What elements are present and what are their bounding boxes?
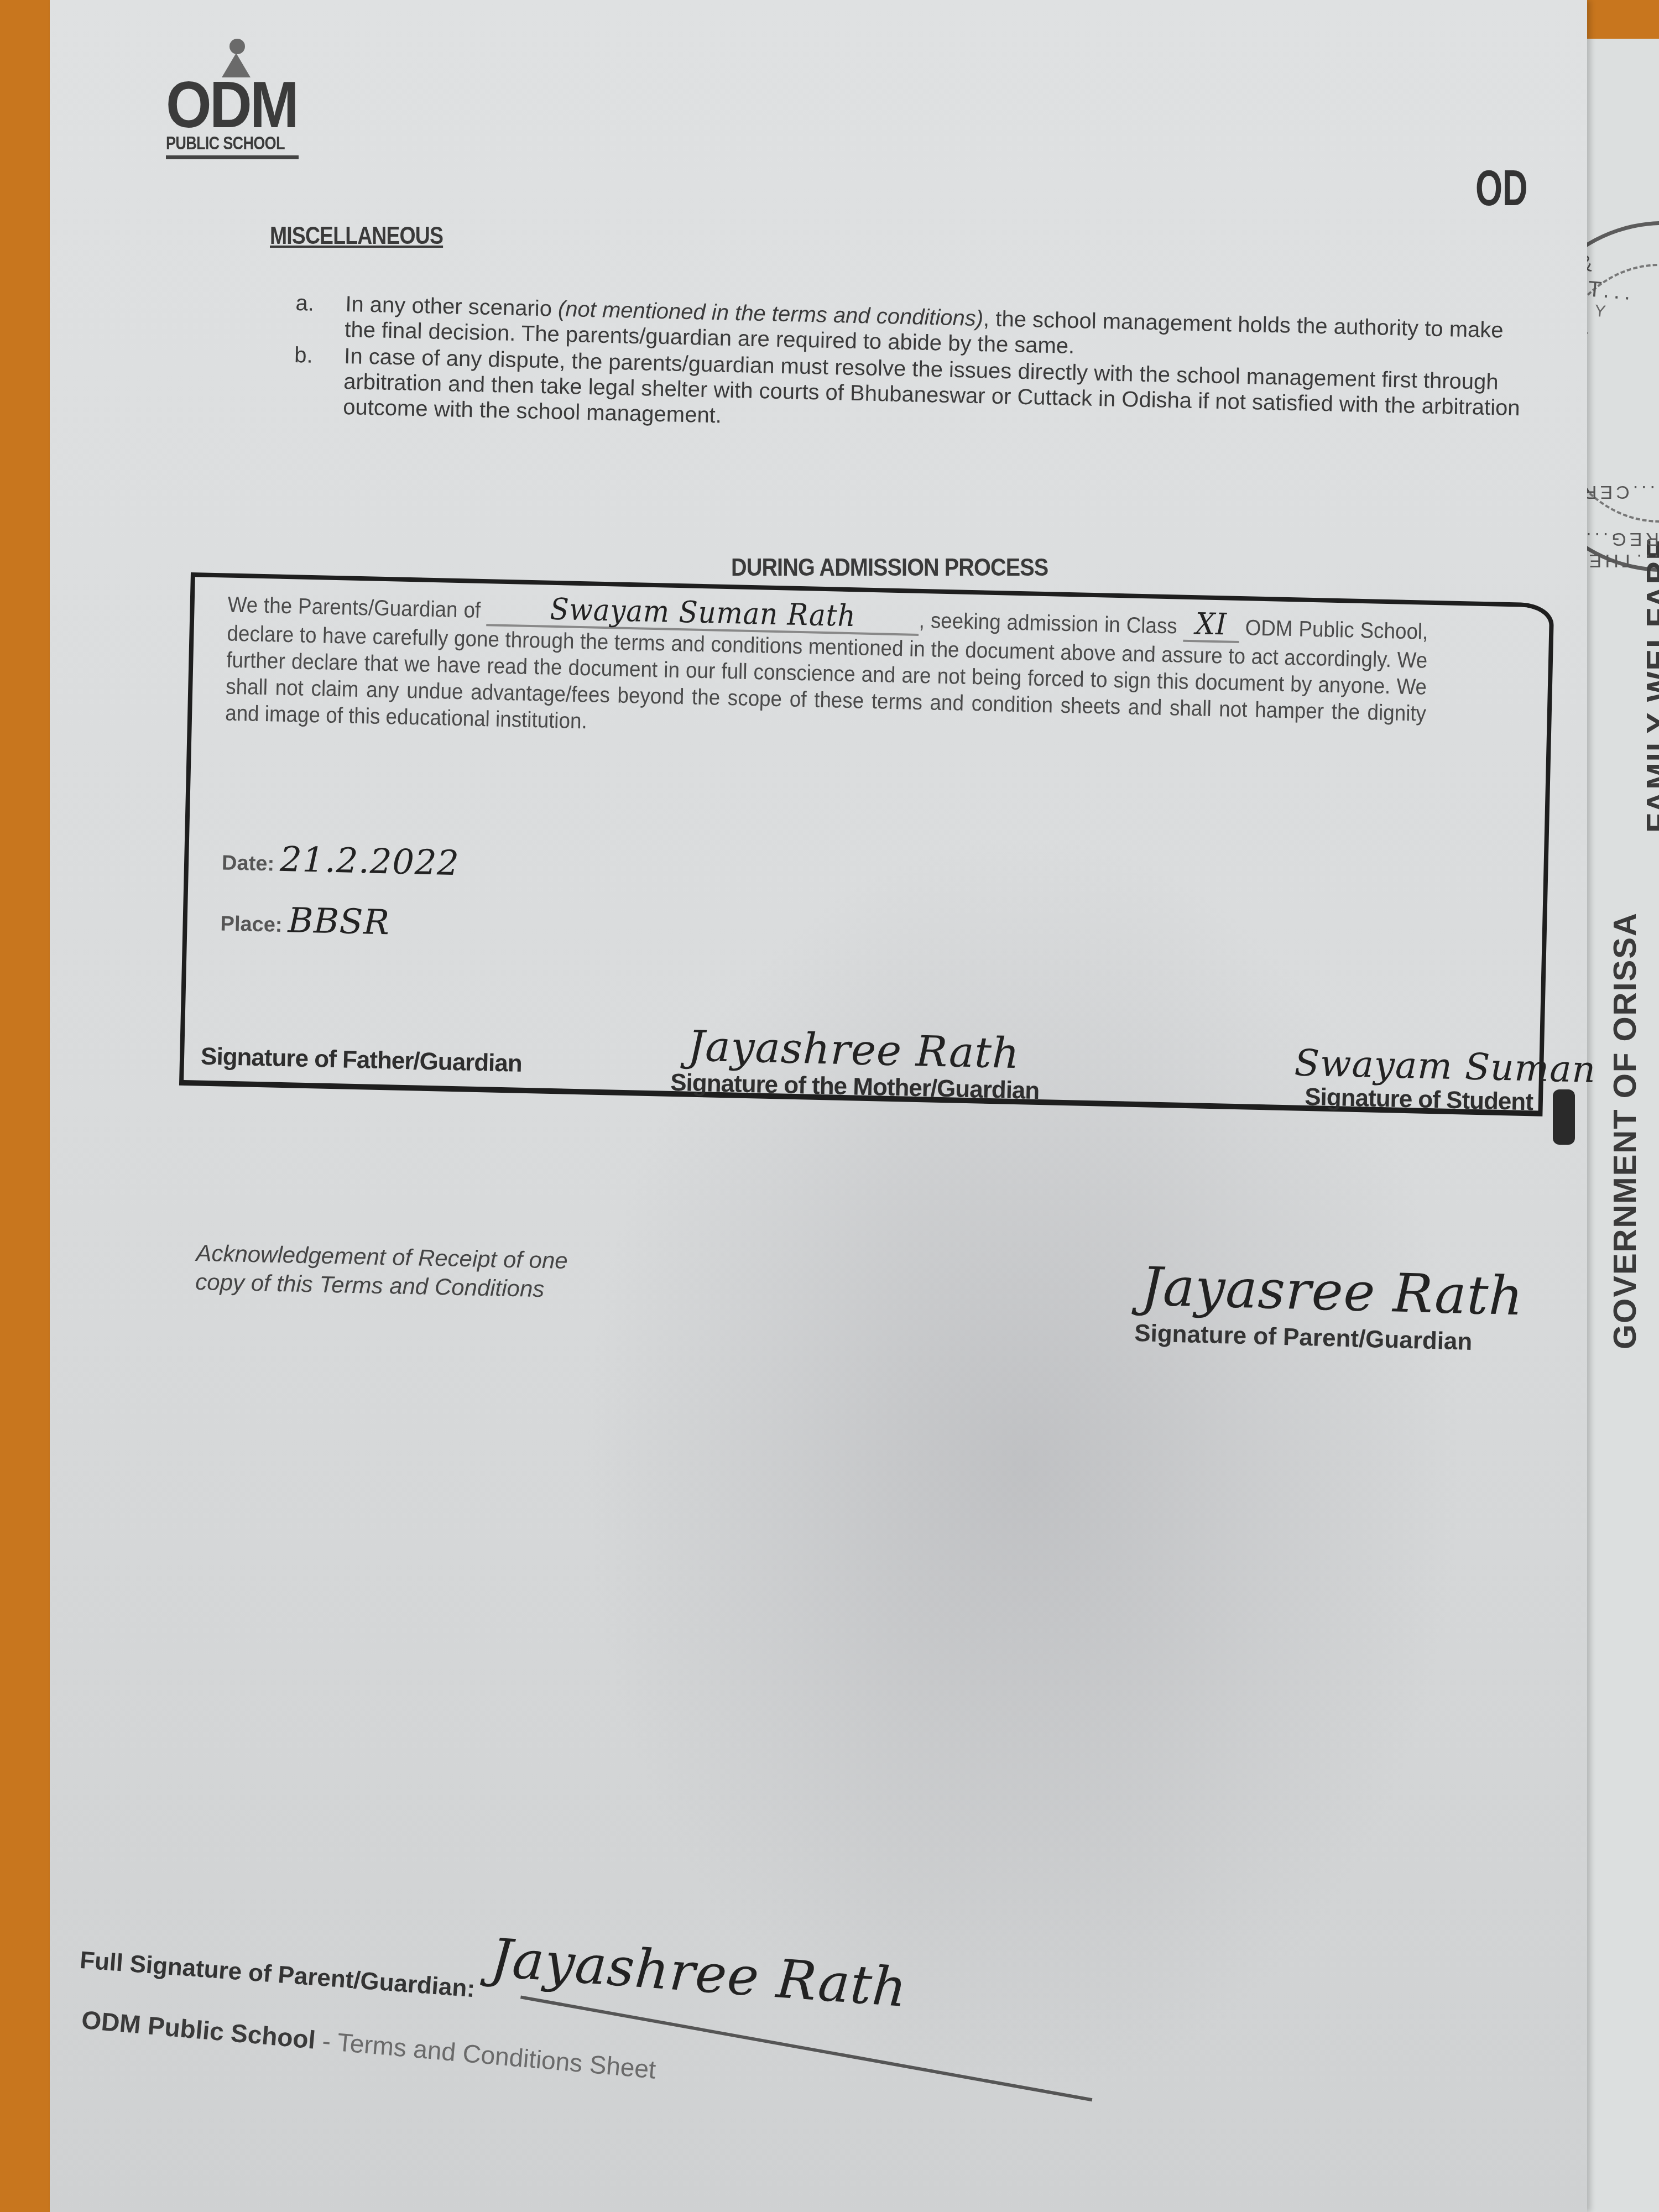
section-heading-admission: DURING ADMISSION PROCESS <box>731 554 1048 582</box>
list-marker: b. <box>293 342 345 420</box>
logo-mark: ODM <box>166 77 300 133</box>
government-header-vertical: GOVERNMENT OF ORISSA <box>1606 912 1644 1349</box>
date-label: Date: <box>222 851 275 875</box>
section-heading-miscellaneous: MISCELLANEOUS <box>270 222 443 250</box>
list-marker: a. <box>295 290 346 342</box>
declaration-text: We the Parents/Guardian of Swayam Suman … <box>225 589 1428 754</box>
student-signature-value: Swayam Suman <box>1294 1042 1597 1091</box>
department-header-vertical: ...FAMILY WELFARE <box>1640 538 1659 863</box>
parent-signature-value: Jayasree Rath <box>1140 1255 1535 1328</box>
father-signature-field[interactable]: Signature of Father/Guardian <box>201 1043 523 1078</box>
school-logo: ODM PUBLIC SCHOOL <box>166 39 315 159</box>
logo-subtitle: PUBLIC SCHOOL <box>166 133 299 159</box>
place-label: Place: <box>220 912 283 937</box>
father-signature-label: Signature of Father/Guardian <box>201 1043 523 1077</box>
acknowledgement-text: Acknowledgement of Receipt of one copy o… <box>195 1239 568 1304</box>
mother-signature-value: Jayashree Rath <box>687 1021 1020 1078</box>
state-emblem-icon <box>1553 1089 1575 1145</box>
date-field[interactable]: Date:21.2.2022 <box>221 837 460 883</box>
date-value: 21.2.2022 <box>279 839 460 883</box>
declaration-box: We the Parents/Guardian of Swayam Suman … <box>179 572 1554 1117</box>
place-value: BBSR <box>288 900 390 942</box>
student-signature-field[interactable]: Swayam Suman Signature of Student <box>1305 1083 1533 1116</box>
class-field[interactable]: XI <box>1183 611 1239 643</box>
background-logo-fragment: OD <box>1475 160 1528 217</box>
parent-signature-field[interactable]: Jayasree Rath Signature of Parent/Guardi… <box>1134 1255 1535 1358</box>
place-field[interactable]: Place:BBSR <box>220 898 390 942</box>
